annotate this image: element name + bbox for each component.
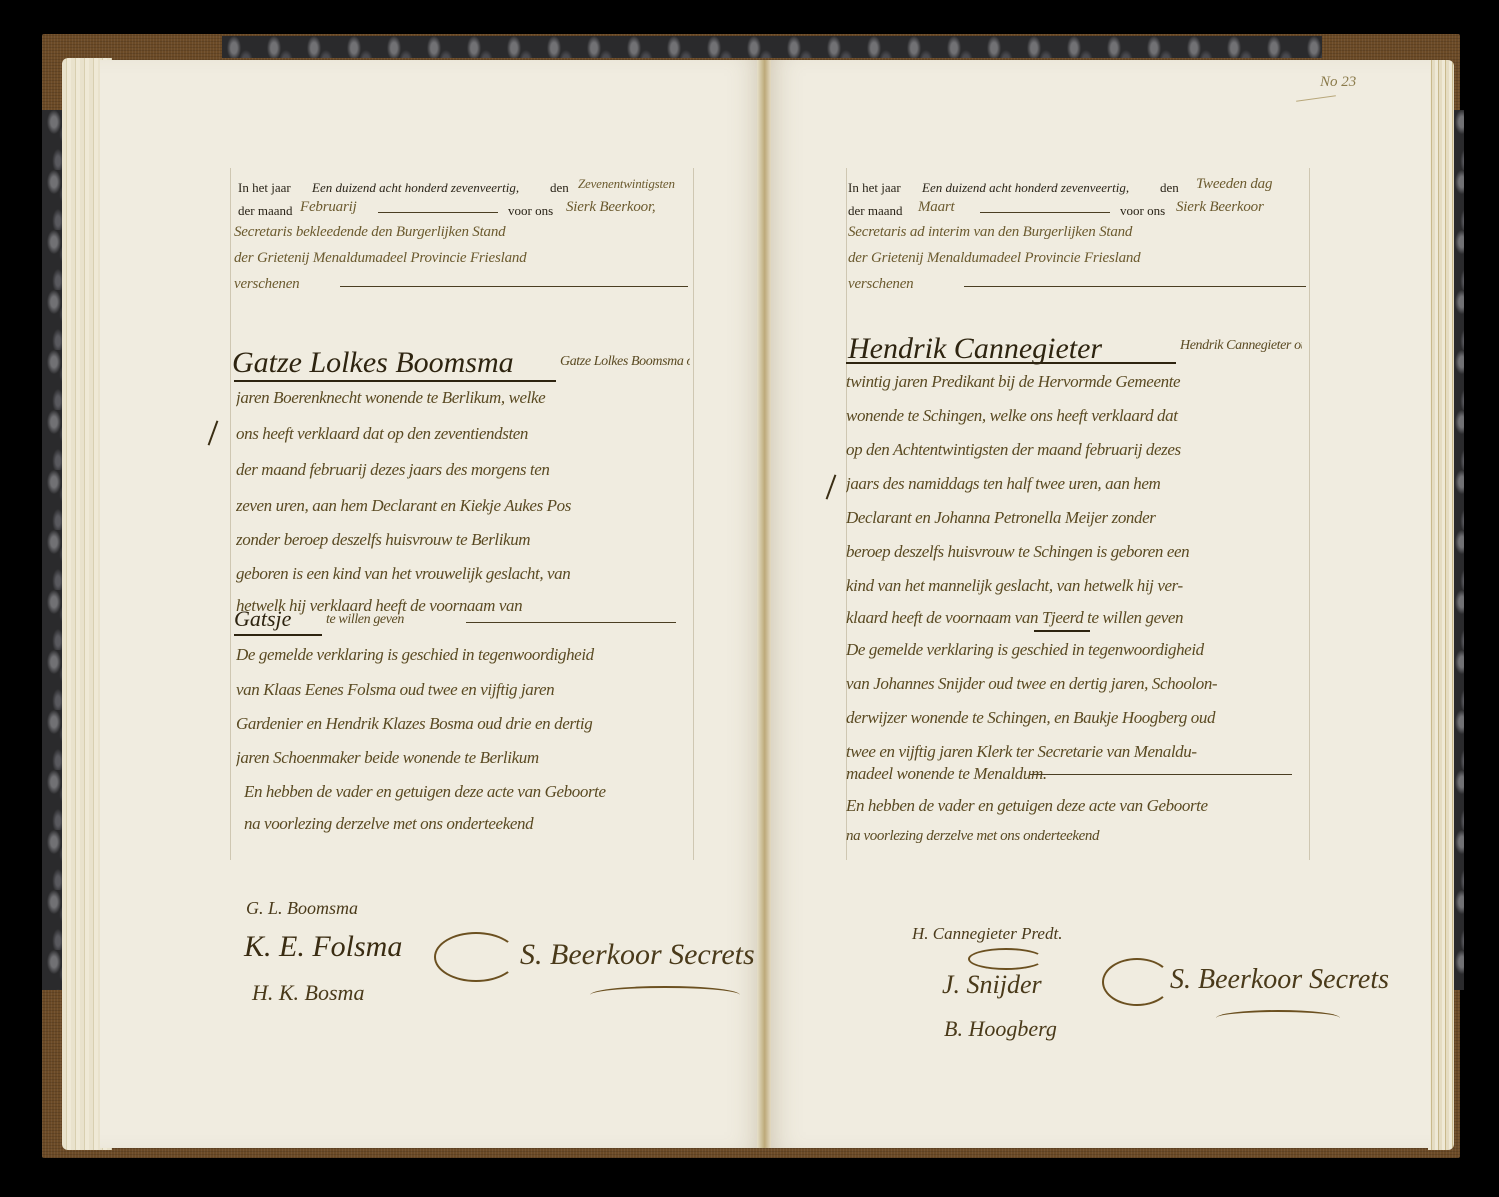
right-printed-year: Een duizend acht honderd zevenveertig, — [922, 180, 1129, 196]
right-printed-voor: voor ons — [1120, 203, 1165, 219]
right-body-line: kind van het mannelijk geslacht, van het… — [846, 576, 1306, 596]
right-declarant-name: Hendrik Cannegieter — [848, 332, 1102, 366]
left-hand-date-day: Zevenentwintigsten — [578, 176, 675, 192]
left-body-line: jaren Schoenmaker beide wonende te Berli… — [236, 748, 691, 768]
right-body-fill-line — [1030, 774, 1292, 775]
marbled-board-left — [42, 110, 64, 990]
right-body-line: twintig jaren Predikant bij de Hervormde… — [846, 372, 1306, 392]
right-body-line: En hebben de vader en getuigen deze acte… — [846, 796, 1306, 816]
signature: S. Beerkoor Secrets — [1170, 964, 1389, 996]
left-hand-officer-3: der Grietenij Menaldumadeel Provincie Fr… — [234, 250, 526, 267]
signature-underflourish — [590, 986, 740, 1004]
right-printed-den: den — [1160, 180, 1179, 196]
left-body-line: jaren Boerenknecht wonende te Berlikum, … — [236, 388, 691, 408]
right-child-underline — [1034, 630, 1090, 632]
left-name-underline — [234, 380, 556, 382]
left-body-line: van Klaas Eenes Folsma oud twee en vijft… — [236, 680, 691, 700]
folio-number: No 23 — [1320, 74, 1356, 91]
left-child-name: Gatsje — [234, 606, 291, 632]
right-month-fill-line — [980, 212, 1110, 213]
left-printed-month-label: der maand — [238, 203, 293, 219]
right-hand-date-day: Tweeden dag — [1196, 176, 1272, 193]
left-child-fill-line — [466, 622, 676, 623]
left-body-line: En hebben de vader en getuigen deze acte… — [244, 782, 694, 802]
signature: J. Snijder — [942, 970, 1042, 1000]
right-body-line: madeel wonende te Menaldum. — [846, 764, 1046, 784]
right-body-line: De gemelde verklaring is geschied in teg… — [846, 640, 1306, 660]
right-body-line: wonende te Schingen, welke ons heeft ver… — [846, 406, 1306, 426]
right-body-line: Hendrik Cannegieter oud negenen — [1180, 338, 1302, 354]
left-declarant-name: Gatze Lolkes Boomsma — [232, 346, 514, 380]
right-body-line: beroep deszelfs huisvrouw te Schingen is… — [846, 542, 1306, 562]
right-hand-officer-4: verschenen — [848, 276, 913, 293]
left-hand-officer-2: Secretaris bekleedende den Burgerlijken … — [234, 224, 505, 241]
left-body-line: zonder beroep deszelfs huisvrouw te Berl… — [236, 530, 691, 550]
right-body-line: klaard heeft de voornaam van Tjeerd te w… — [846, 608, 1306, 628]
signature-flourish — [434, 932, 518, 982]
left-body-line: geboren is een kind van het vrouwelijk g… — [236, 564, 691, 584]
left-month-fill-line — [378, 212, 498, 213]
left-printed-prefix: In het jaar — [238, 180, 291, 196]
signature: K. E. Folsma — [244, 930, 402, 964]
right-body-line: op den Achtentwintigsten der maand febru… — [846, 440, 1306, 460]
left-hand-month: Februarij — [300, 199, 357, 216]
left-hand-officer-1: Sierk Beerkoor, — [566, 199, 655, 216]
left-printed-voor: voor ons — [508, 203, 553, 219]
left-header-end-line — [340, 286, 688, 287]
right-name-underline — [846, 362, 1176, 364]
right-body-line: jaars des namiddags ten half twee uren, … — [846, 474, 1306, 494]
right-body-line: twee en vijftig jaren Klerk ter Secretar… — [846, 742, 1306, 762]
left-year-text: Een duizend acht honderd zevenveertig, — [312, 180, 519, 195]
marbled-board-top — [222, 36, 1322, 58]
left-body-line: ons heeft verklaard dat op den zeventien… — [236, 424, 691, 444]
signature: H. Cannegieter Predt. — [912, 924, 1062, 944]
right-printed-prefix: In het jaar — [848, 180, 901, 196]
signature-underflourish — [1216, 1010, 1340, 1026]
signature: G. L. Boomsma — [246, 898, 358, 919]
left-body-line: Gardenier en Hendrik Klazes Bosma oud dr… — [236, 714, 691, 734]
book-gutter — [757, 60, 771, 1148]
left-child-suffix: te willen geven — [326, 612, 446, 628]
right-printed-month-label: der maand — [848, 203, 903, 219]
signature-flourish — [968, 948, 1044, 970]
left-body-line: hetwelk hij verklaard heeft de voornaam … — [236, 596, 691, 616]
right-header-end-line — [964, 286, 1306, 287]
signature: B. Hoogberg — [944, 1016, 1057, 1042]
right-body-line: derwijzer wonende te Schingen, en Baukje… — [846, 708, 1306, 728]
right-body-line: na voorlezing derzelve met ons onderteek… — [846, 828, 1306, 845]
left-body-line: na voorlezing derzelve met ons onderteek… — [244, 814, 694, 834]
left-hand-officer-4: verschenen — [234, 276, 299, 293]
left-body-line: Gatze Lolkes Boomsma oud vierendertig — [560, 354, 690, 370]
page-edges-right — [1428, 60, 1454, 1150]
right-hand-officer-1: Sierk Beerkoor — [1176, 199, 1264, 216]
left-child-underline — [234, 634, 322, 636]
right-body-line: van Johannes Snijder oud twee en dertig … — [846, 674, 1306, 694]
right-hand-month: Maart — [918, 199, 955, 216]
left-body-line: De gemelde verklaring is geschied in teg… — [236, 645, 691, 665]
right-hand-officer-2: Secretaris ad interim van den Burgerlijk… — [848, 224, 1132, 241]
left-printed-year: Een duizend acht honderd zevenveertig, — [312, 180, 519, 196]
left-printed-den: den — [550, 180, 569, 196]
signature-flourish — [1102, 958, 1172, 1006]
right-body-line: Declarant en Johanna Petronella Meijer z… — [846, 508, 1306, 528]
left-body-line: der maand februarij dezes jaars des morg… — [236, 460, 691, 480]
signature: S. Beerkoor Secrets — [520, 938, 755, 972]
right-hand-officer-3: der Grietenij Menaldumadeel Provincie Fr… — [848, 250, 1140, 267]
left-body-line: zeven uren, aan hem Declarant en Kiekje … — [236, 496, 691, 516]
signature: H. K. Bosma — [252, 980, 364, 1006]
right-year-text: Een duizend acht honderd zevenveertig, — [922, 180, 1129, 195]
